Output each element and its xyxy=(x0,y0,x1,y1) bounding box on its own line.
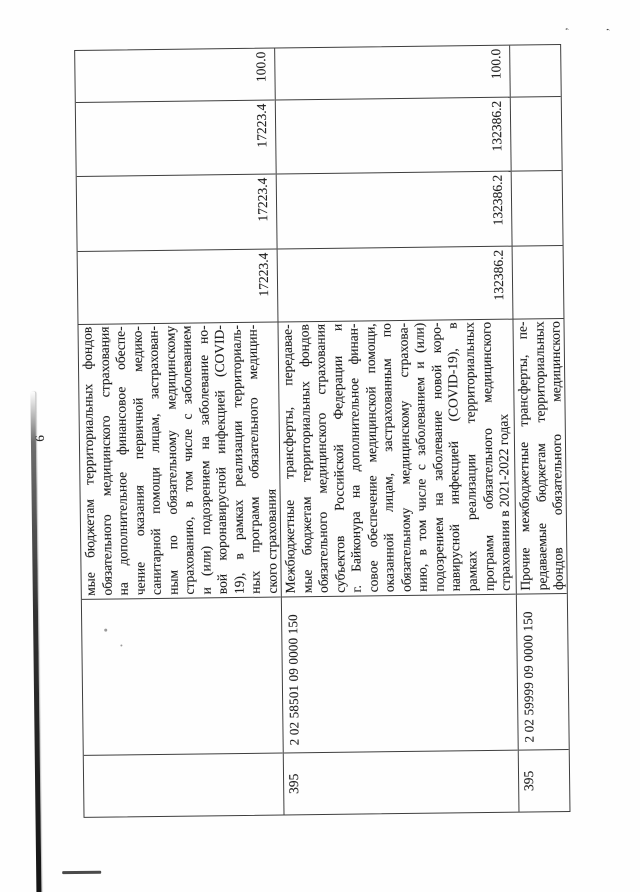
percent-cell: 100.0 xyxy=(275,46,510,100)
budget-code-cell xyxy=(82,596,283,754)
value-cell: 132386.2 xyxy=(276,97,511,174)
value-cell: 17223.4 xyxy=(76,100,276,176)
table-row: 3952 02 58501 09 0000 150Межбюджетные тр… xyxy=(275,46,519,815)
name-line: фондов обязательного медицинского xyxy=(548,321,567,590)
value-cell: 17223.4 xyxy=(77,174,277,251)
value-cell xyxy=(511,96,562,171)
value-cell xyxy=(512,170,563,246)
value-cell: 17223.4 xyxy=(78,249,278,324)
ink-tick: ’ xyxy=(564,27,576,31)
row-number-cell: 395 xyxy=(284,750,519,815)
budget-table: мые бюджетам территориальных фондовобяза… xyxy=(74,44,570,818)
ink-speck xyxy=(109,339,111,343)
ink-speck xyxy=(104,629,107,632)
row-number-cell xyxy=(84,752,284,816)
value-cell xyxy=(513,245,564,319)
percent-cell xyxy=(510,45,561,97)
scanned-page: 6 мые бюджетам территориальных фондовобя… xyxy=(0,0,640,892)
value-cell: 132386.2 xyxy=(278,246,513,322)
landscape-canvas: 6 мые бюджетам территориальных фондовобя… xyxy=(0,0,640,892)
table-row: 3952 02 59999 09 0000 150Прочие межбюдже… xyxy=(510,45,569,812)
budget-code-cell: 2 02 59999 09 0000 150 xyxy=(517,593,569,750)
name-cell: Прочие межбюджетные трансферты, пе-редав… xyxy=(513,318,566,594)
name-line: ского страхования xyxy=(262,325,281,594)
ink-tick: ’ xyxy=(605,28,617,32)
value-cell: 132386.2 xyxy=(277,171,512,249)
scan-edge-line xyxy=(30,391,41,892)
name-line: ных программ обязательного медицин- xyxy=(245,325,265,594)
percent-cell: 100.0 xyxy=(75,49,275,102)
table-row: мые бюджетам территориальных фондовобяза… xyxy=(75,49,284,817)
row-number-cell: 395 xyxy=(519,749,570,812)
name-cell: мые бюджетам территориальных фондовобяза… xyxy=(78,322,280,599)
budget-code-cell: 2 02 58501 09 0000 150 xyxy=(282,594,518,753)
name-line: программ обязательного медицинского xyxy=(478,322,498,591)
name-cell: Межбюджетные трансферты, передавае-мые б… xyxy=(278,319,515,597)
scan-edge-mark xyxy=(62,871,101,874)
ink-speck xyxy=(120,644,122,646)
name-line: страхования в 2021-2022 годах xyxy=(495,322,515,591)
